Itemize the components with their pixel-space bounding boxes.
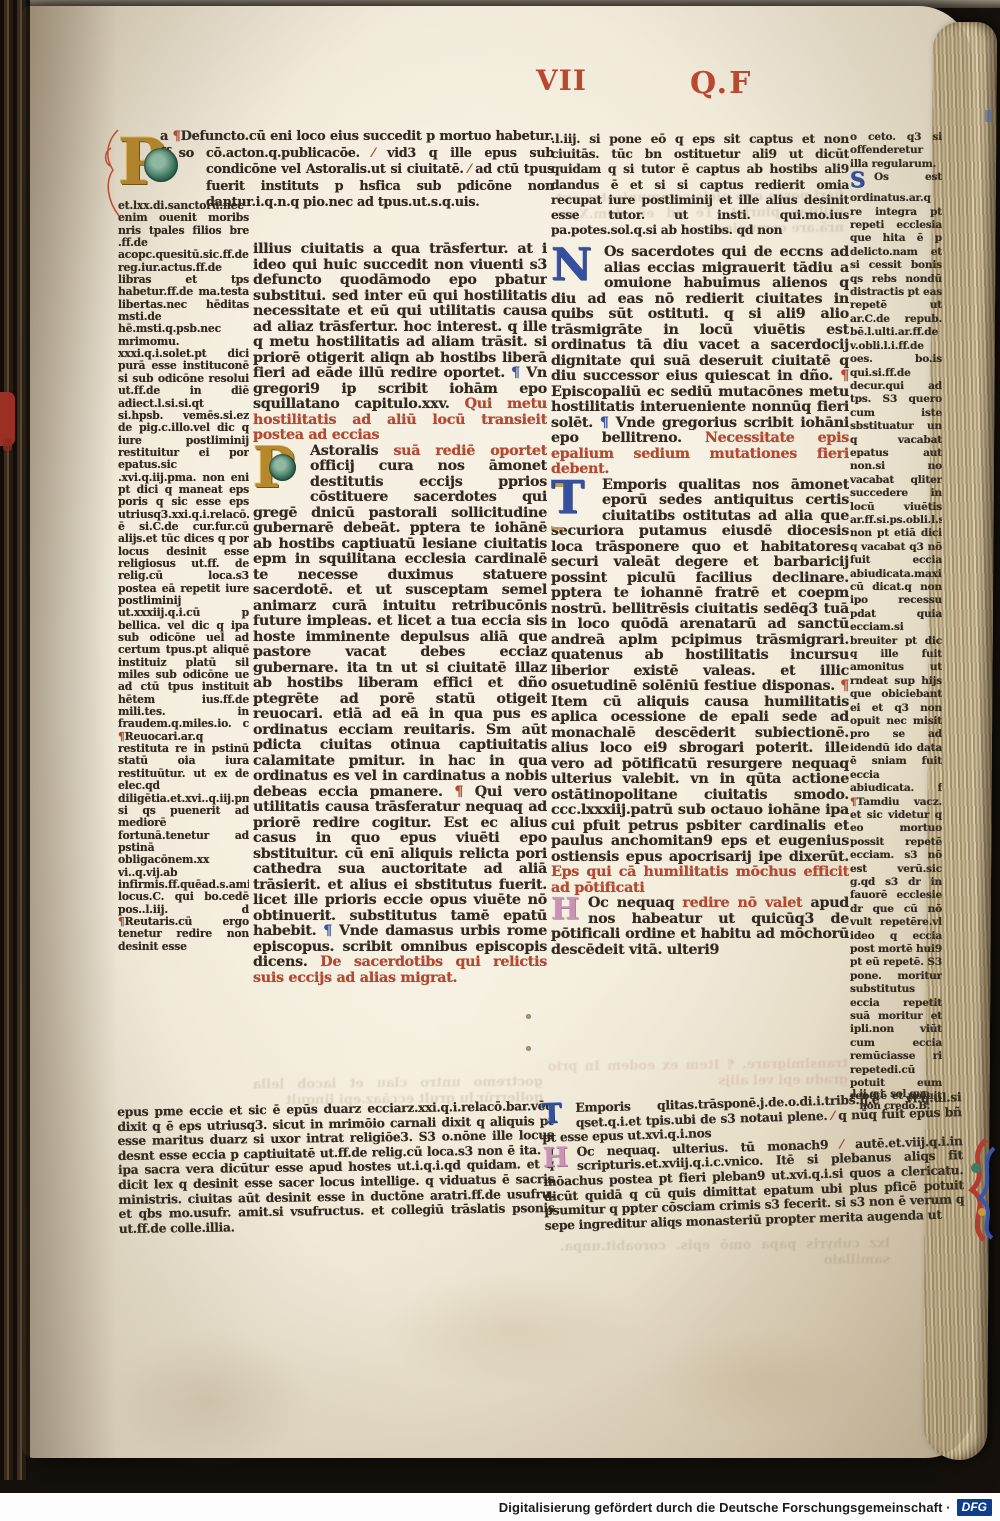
- rubric-red-text: ¶: [118, 730, 125, 743]
- body-text: Reuocari.ar.q restituta re in pstinū sta…: [118, 730, 249, 916]
- rubric-red-text: ⁄: [373, 146, 388, 161]
- gloss-right-main: S Os est ordinatus.ar.q re integra pt re…: [850, 171, 942, 1099]
- body-text: Astoralis: [310, 443, 393, 459]
- pinprick-hole: [526, 1046, 531, 1051]
- blue-paragraph-mark: ¶: [323, 923, 339, 939]
- body-text: .l.iij. si pone eō q eps sit captus et n…: [551, 131, 849, 237]
- text-column-2: .l.iij. si pone eō q eps sit captus et n…: [551, 131, 849, 1081]
- facing-page-ornament: [956, 1138, 996, 1242]
- illuminated-initial-S: S: [850, 172, 870, 192]
- digitized-manuscript-scan: VII Q.F fieri posse quo nicis communicet…: [0, 0, 1000, 1521]
- body-text: cō.acton.q.publicacōe.: [206, 146, 373, 161]
- column2-paragraph-text: Emporis qualitas nos āmonet eporū sedes …: [551, 477, 849, 896]
- rubric-red-text: ¶: [840, 368, 849, 384]
- illuminated-initial-N: N: [551, 247, 597, 291]
- credit-text: Digitalisierung gefördert durch die Deut…: [499, 1500, 951, 1515]
- body-text: Tamdiu vacz. et sic videtur q eo mortuo …: [850, 796, 942, 1100]
- bottom-gloss-left: epus pme eccie et sic ē epūs duarz eccia…: [117, 1099, 555, 1236]
- body-text: illius ciuitatis a qua trāsfertur. at i …: [253, 242, 547, 381]
- body-text: d: [242, 903, 249, 916]
- illuminated-initial-T-small: T: [541, 1103, 569, 1130]
- running-header-folio-number: VII: [536, 64, 587, 97]
- rubric-red-text: redire nō valet: [682, 895, 810, 911]
- column2-gloss-top: .l.iij. si pone eō q eps sit captus et n…: [551, 131, 849, 237]
- red-penwork-flourish: [102, 128, 128, 220]
- body-text: Reutaris.cū ergo tenetur redire non desi…: [118, 915, 249, 953]
- initial-ornament-swirl: [144, 148, 178, 182]
- gloss-intro-block: cō.acton.q.publicacōe. ⁄ vid3 q ille epu…: [206, 146, 554, 212]
- column2-paragraph-temporis: T Emporis qualitas nos āmonet eporū sede…: [551, 478, 849, 897]
- body-text: a: [160, 129, 173, 144]
- fore-edge-blue-mark: [985, 110, 992, 122]
- rubric-red-text: ¶: [840, 678, 849, 694]
- pinprick-hole: [526, 1014, 531, 1019]
- column2-paragraph-nos-sacerdotes: N Os sacerdotes qui de eccns ad alias ec…: [551, 245, 849, 478]
- rubric-red-text: Eps qui cā humilitatis mōchus efficit ad…: [551, 864, 849, 896]
- column2-paragraph-text: Oc nequaq redire nō valet apud nos habea…: [551, 895, 849, 958]
- gutter-shadow: [22, 6, 117, 1458]
- gloss-right-top: o ceto. q3 si offenderetur illa regularu…: [850, 131, 942, 171]
- bottom-right-hoc: H Oc nequaq. ulterius. tū monach9 ⁄ autē…: [542, 1134, 964, 1233]
- illuminated-initial-H-small: H: [543, 1147, 571, 1174]
- rubric-red-text: ⁄: [841, 1136, 856, 1151]
- bottom-gloss-right: T Emporis qlitas.trāsponē.j.de.o.di.i.tr…: [541, 1090, 965, 1233]
- binding-page-stack: [0, 0, 30, 1480]
- column1-paragraph-defuncto: illius ciuitatis a qua trāsfertur. at i …: [253, 242, 547, 444]
- rubric-red-text: suā rediē oportet: [393, 443, 547, 459]
- digitization-credit-banner: Digitalisierung gefördert durch die Deut…: [0, 1493, 1000, 1521]
- rubric-red-text: ¶: [454, 784, 474, 800]
- column2-paragraph-hoc-nequaquam: H Oc nequaq redire nō valet apud nos hab…: [551, 896, 849, 958]
- body-text: o ceto. q3 si offenderetur illa regularu…: [850, 131, 942, 170]
- body-text: Oc nequaq: [588, 895, 682, 911]
- bottom-right-text: Oc nequaq. ulterius. tū monach9 ⁄ autē.e…: [543, 1133, 964, 1233]
- text-column-1: illius ciuitatis a qua trāsfertur. at i …: [253, 242, 547, 1080]
- running-header-quire-mark: Q.F: [690, 66, 752, 101]
- ornament-flourish: [956, 1138, 996, 1242]
- body-text: Qui vero utilitatis causa trāsferatur ne…: [253, 784, 547, 940]
- illuminated-initial-H: H: [551, 898, 581, 926]
- gloss-right-text: Os est ordinatus.ar.q re integra pt repe…: [850, 171, 942, 1099]
- body-text: Emporis qualitas nos āmonet eporū sedes …: [551, 477, 849, 695]
- blue-paragraph-mark: ¶: [600, 415, 616, 431]
- illuminated-initial-T: T: [551, 480, 595, 524]
- body-text: epus pme eccie et sic ē epūs duarz eccia…: [117, 1098, 555, 1236]
- body-text: Os est ordinatus.ar.q re integra pt repe…: [850, 171, 942, 767]
- illuminated-initial-P: P: [253, 446, 303, 498]
- body-text: officij cura nos āmonet destitutis eccij…: [253, 458, 547, 800]
- body-text: f: [938, 782, 942, 794]
- blue-paragraph-mark: ¶: [511, 365, 526, 381]
- body-text: c: [243, 717, 249, 730]
- rubric-red-text: ¶: [118, 915, 125, 928]
- gloss-column-left: et.lxx.di.sanctorū.nec enim ouenit morib…: [118, 200, 249, 1104]
- body-text: Item cū aliquis causa humilitatis aplica…: [551, 694, 849, 865]
- column1-paragraph-text: Astoralis suā rediē oportet officij cura…: [253, 443, 547, 986]
- red-spine-mark: [3, 438, 12, 451]
- show-through-text: lxz cuhyris papa omō epis. coroabit.unpa…: [560, 1236, 890, 1275]
- rubric-red-text: ¶: [173, 129, 181, 144]
- body-text: et.lxx.di.sanctorū.nec enim ouenit morib…: [118, 200, 249, 730]
- gloss-column-right: o ceto. q3 si offenderetur illa regularu…: [850, 131, 942, 1099]
- dfg-logo: DFG: [957, 1499, 992, 1516]
- column1-paragraph-pastoralis: P Astoralis suā rediē oportet officij cu…: [253, 444, 547, 987]
- initial-ornament-swirl: [269, 454, 296, 481]
